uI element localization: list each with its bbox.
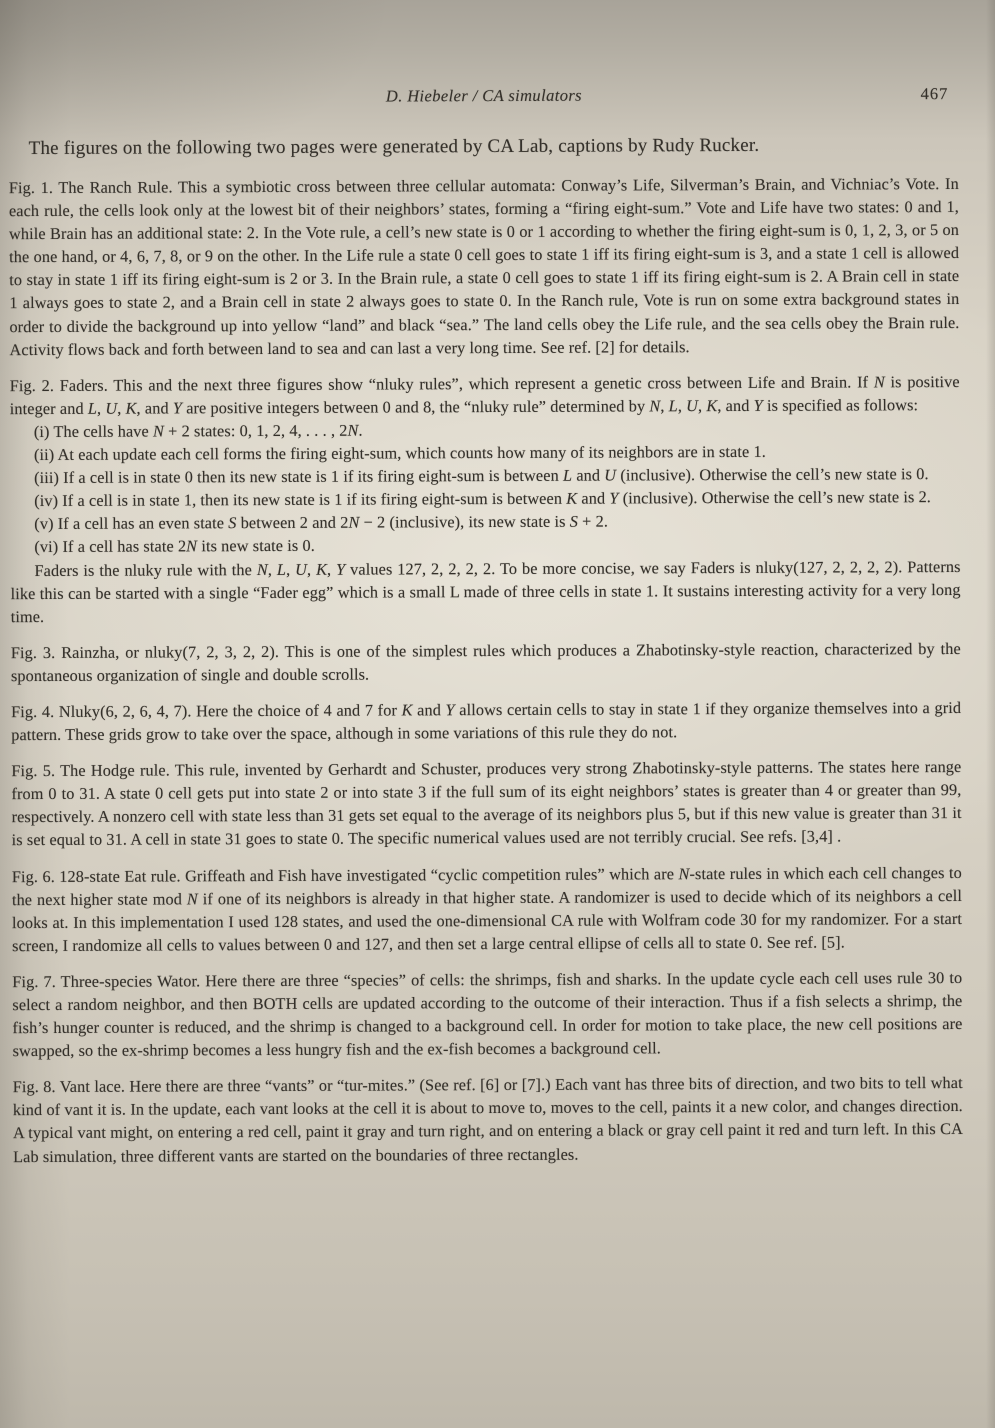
caption-fig2-item-iv: (iv) If a cell is in state 1, then its n…	[10, 485, 960, 512]
caption-fig5: Fig. 5. The Hodge rule. This rule, inven…	[11, 755, 961, 852]
intro-line: The figures on the following two pages w…	[9, 133, 956, 161]
caption-fig8: Fig. 8. Vant lace. Here there are three …	[13, 1071, 963, 1168]
figure-captions: Fig. 1. The Ranch Rule. This a symbiotic…	[9, 172, 963, 1168]
caption-fig1: Fig. 1. The Ranch Rule. This a symbiotic…	[9, 172, 960, 361]
scanned-page: D. Hiebeler / CA simulators 467 The figu…	[0, 0, 995, 1428]
running-head-title: D. Hiebeler / CA simulators	[0, 84, 981, 108]
page-content: D. Hiebeler / CA simulators 467 The figu…	[0, 0, 995, 1168]
page-number: 467	[921, 84, 949, 104]
caption-fig3: Fig. 3. Rainzha, or nluky(7, 2, 3, 2, 2)…	[11, 637, 961, 687]
caption-fig2-intro: Fig. 2. Faders. This and the next three …	[10, 370, 960, 420]
caption-fig2-faders: Faders is the nluky rule with the N, L, …	[10, 554, 960, 627]
running-head: D. Hiebeler / CA simulators 467	[0, 84, 995, 110]
caption-fig6: Fig. 6. 128-state Eat rule. Griffeath an…	[12, 861, 962, 958]
caption-fig7: Fig. 7. Three-species Wator. Here there …	[12, 966, 962, 1063]
caption-fig4: Fig. 4. Nluky(6, 2, 6, 4, 7). Here the c…	[11, 696, 961, 746]
